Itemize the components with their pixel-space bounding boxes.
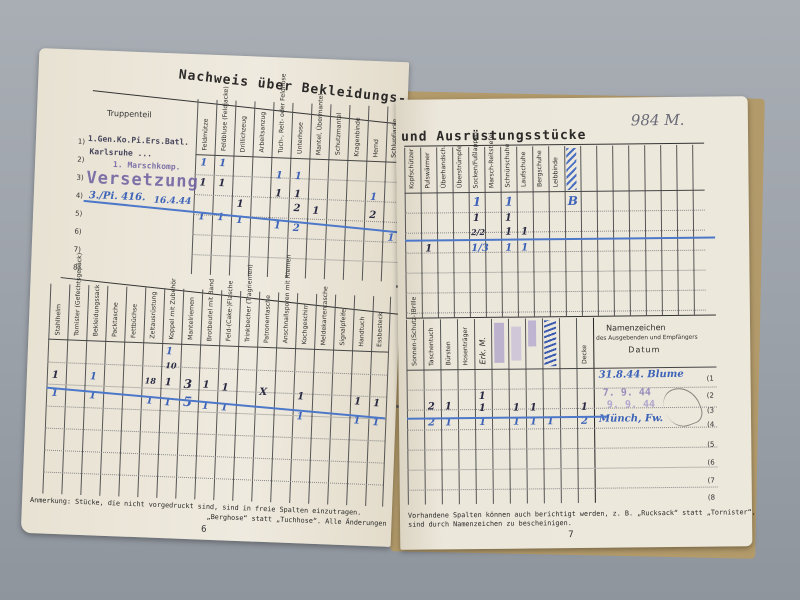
ink-mark: 3: [183, 377, 192, 391]
ink-mark: 1: [513, 417, 520, 428]
ink-mark: 1: [521, 226, 528, 237]
col-header: Tornister (Gefechtsgepäck): [67, 284, 88, 340]
col-header: Signalpfeife: [333, 295, 354, 351]
ink-mark: 1: [479, 391, 486, 402]
col-header: Bürsten: [440, 319, 458, 369]
truppenteil-label: Truppenteil: [107, 109, 152, 120]
row-label: (6: [707, 459, 714, 467]
upper-table-left: Feldmütze Feldbluse (Feldjacke) Drillich…: [191, 99, 406, 282]
row-label: 6): [74, 228, 81, 236]
row-label: (2: [707, 392, 714, 400]
ink-mark: 1: [166, 346, 173, 357]
ink-mark: 18: [145, 375, 157, 385]
ink-mark: 1: [275, 188, 282, 199]
ink-mark: 1: [370, 192, 377, 203]
col-header: Feld-(Cake-)Flasche: [219, 290, 240, 346]
col-header: Tuch-, Reit- oder Feldhose: [271, 102, 292, 158]
ink-mark: 1: [505, 213, 512, 224]
ink-mark: 1: [505, 227, 512, 238]
col-header: Mantelriemen: [181, 289, 202, 345]
col-header: Drillichzeug: [233, 101, 254, 157]
row-label: (7: [708, 477, 715, 485]
row-label: 3): [76, 174, 83, 182]
ink-mark: 2: [292, 223, 299, 234]
row-label: 4): [76, 192, 83, 200]
ink-mark: 1/3: [471, 243, 489, 254]
ink-mark: 1: [164, 377, 171, 388]
unit-stamp-city: Karlsruhe ...: [89, 147, 152, 158]
ink-mark: 1: [513, 403, 520, 414]
ink-mark: X: [259, 387, 267, 398]
col-header: Pulswärmer: [420, 147, 436, 192]
ink-mark: 1: [199, 177, 206, 188]
ink-mark: 1: [296, 411, 303, 422]
ink-mark: 1: [354, 396, 361, 407]
ink-mark: 1: [294, 189, 301, 200]
row-label: (8: [708, 494, 715, 502]
ink-mark: 1: [274, 220, 281, 231]
handwritten-column-header: [566, 148, 576, 190]
col-header: Kragenbinde: [347, 105, 368, 161]
lower-table-right: Sonnen-(Schutz-)Brille Taschentuch Bürst…: [406, 317, 718, 505]
ink-mark: 1: [445, 401, 452, 412]
ink-mark: 2: [293, 203, 300, 214]
ink-mark: 1: [505, 243, 512, 254]
handwritten-column-header: [544, 320, 556, 366]
col-header: Decke: [576, 318, 594, 368]
col-header: Essbesteck: [371, 296, 390, 352]
row-label: 5): [75, 210, 82, 218]
ink-mark: 1: [425, 243, 432, 254]
ink-mark: 2: [369, 210, 376, 221]
ink-mark: 1: [312, 206, 319, 217]
ink-mark: 1: [581, 402, 588, 413]
ink-mark: 1: [445, 417, 452, 428]
date-stamp: 7. 9. 44: [603, 387, 651, 399]
signature-scribble: [659, 382, 706, 432]
col-header: Arbeitsanzug: [252, 101, 273, 157]
col-header: Trinkbecher (Tragriemen): [238, 291, 259, 347]
col-header: Packtasche: [105, 286, 126, 342]
col-header: Kochgeschirr: [295, 293, 316, 349]
ink-mark: 2: [428, 417, 435, 428]
col-header: Laufschuhe: [516, 146, 532, 191]
signature-header-subtitle: des Ausgebenden und Empfängers: [596, 335, 698, 342]
footnote-line-2: sind durch Namenzeichen zu bescheinigen.: [408, 519, 572, 529]
ink-mark: 1: [294, 171, 301, 182]
ink-mark: 1: [90, 371, 97, 382]
right-page: und Ausrüstungsstücke 984 M. Kopfschütze…: [396, 96, 753, 550]
col-header: Fettbüchse: [124, 287, 145, 343]
ink-mark: 2: [428, 401, 435, 412]
col-header: Koppel mit Zubehör: [162, 288, 183, 344]
signature-entry: Münch, Fw.: [599, 413, 663, 425]
col-header: Erk. M.: [474, 319, 492, 369]
ink-mark: 1: [221, 382, 228, 393]
ink-mark: 1: [276, 170, 283, 181]
col-header: Brotbeutel mit Band: [200, 290, 221, 346]
ink-mark: 1: [505, 195, 514, 209]
ink-mark: 1: [521, 242, 528, 253]
ink-mark: 1: [479, 417, 486, 428]
col-header: Socken/Fußlappen: [468, 147, 484, 192]
ink-mark: 5: [183, 395, 193, 410]
violet-stamp: [511, 327, 521, 361]
col-header: Patronentasche: [257, 292, 278, 348]
ink-mark: 1: [219, 158, 226, 169]
ink-mark: 1: [202, 380, 209, 391]
page-number-right: 7: [568, 530, 574, 540]
col-header: Meldekartentasche: [314, 294, 335, 350]
col-header: Taschentuch: [423, 319, 441, 369]
ink-mark: 10: [165, 360, 177, 370]
soldbuch-open-spread: Nachweis über Bekleidungs- Truppenteil F: [0, 0, 800, 600]
col-header: Feldmütze: [195, 99, 216, 155]
col-header: Unterhose: [290, 103, 311, 159]
col-header: Stahlhelm: [48, 284, 69, 340]
handwritten-number: 984 M.: [631, 111, 685, 130]
col-header: Anschnallsporen mit Riemen: [276, 292, 297, 348]
col-header: Hosenträger: [457, 319, 475, 369]
col-header: Überhandsch.: [436, 147, 452, 192]
page-number-left: 6: [201, 525, 207, 535]
row-label: (4: [707, 421, 714, 429]
row-label: (3: [707, 407, 714, 415]
ink-mark: 1: [479, 403, 486, 414]
col-header: Überstrümpfe: [452, 147, 468, 192]
ink-mark: 1: [530, 402, 537, 413]
violet-stamp: [528, 320, 536, 346]
col-header: Schnürschuhe: [500, 147, 516, 192]
ink-mark: 1: [373, 398, 380, 409]
footnote-line-1: Vorhandene Spalten können auch berichtig…: [408, 508, 756, 520]
col-header: Mantel, Übermantel: [309, 104, 330, 160]
col-header: Handtuch: [352, 295, 373, 351]
ink-mark: 1: [473, 213, 480, 224]
col-header: Bergschuhe: [532, 146, 548, 191]
ink-mark: 1: [530, 416, 537, 427]
col-header: Feldbluse (Feldjacke): [214, 100, 235, 156]
date-stamp: 9. 9. 44: [607, 399, 655, 411]
row-label: 1): [78, 138, 85, 146]
ink-mark: 1: [547, 416, 554, 427]
ink-mark: B: [568, 194, 578, 208]
ink-mark: 2/2: [471, 227, 485, 237]
col-header: Schutzmantel: [328, 104, 349, 160]
ink-mark: 1: [297, 391, 304, 402]
col-header: Kopfschützer: [404, 148, 420, 193]
col-header: Hemd: [366, 106, 387, 162]
ink-mark: 2: [581, 416, 588, 427]
row-label: (1: [707, 375, 714, 383]
ink-mark: 1: [52, 370, 59, 381]
col-header: Bekleidungssack: [86, 285, 107, 341]
row-label: (5: [707, 441, 714, 449]
ink-mark: 1: [387, 233, 394, 244]
signature-header-date: Datum: [628, 345, 660, 354]
col-header: Sonnen-(Schutz-)Brille: [406, 320, 424, 370]
left-page: Nachweis über Bekleidungs- Truppenteil F: [21, 48, 409, 547]
col-header: Marsch-Reitstiefel: [484, 147, 500, 192]
ink-mark: 1: [236, 199, 243, 210]
versetzung-stamp: Versetzung: [86, 168, 199, 192]
signature-header-title: Namenzeichen: [606, 323, 666, 333]
ink-mark: 1: [218, 178, 225, 189]
ink-mark: 1: [473, 195, 482, 209]
col-header: Leibbinde: [548, 146, 564, 191]
col-header: Zeltausrüstung: [143, 287, 164, 343]
lower-table-left: Stahlhelm Tornister (Gefechtsgepäck) Bek…: [42, 284, 390, 507]
ink-mark: 1: [200, 157, 207, 168]
signature-entry: 31.8.44. Blume: [598, 369, 683, 381]
upper-table-right: Kopfschützer Pulswärmer Überhandsch. Übe…: [404, 145, 706, 318]
unit-entry-date: 16.4.44: [153, 196, 191, 207]
row-label: 2): [77, 156, 84, 164]
violet-stamp: [494, 323, 504, 363]
unit-stamp: 1.Gen.Ko.Pi.Ers.Batl.: [88, 134, 189, 147]
